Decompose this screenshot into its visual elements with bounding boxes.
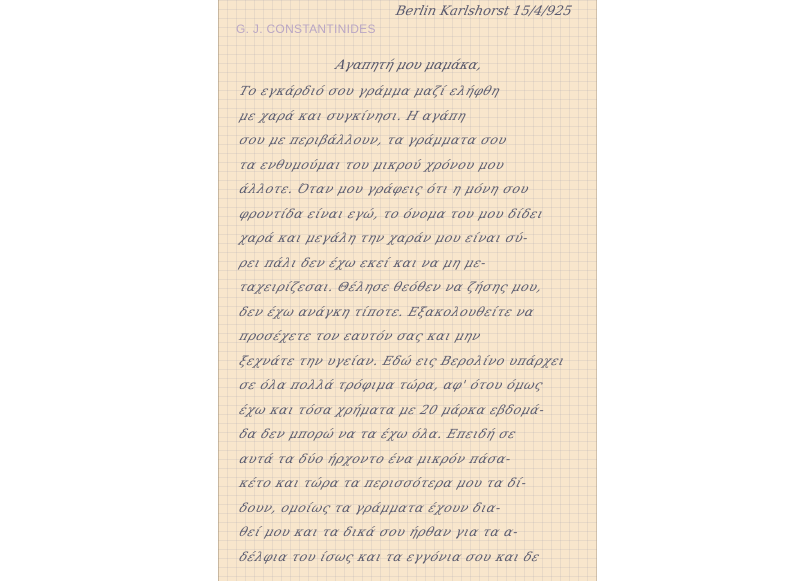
handwritten-line: δεν έχω ανάγκη τίποτε. Εξακολουθείτε να [238, 304, 588, 319]
letter-page: G. J. CONSTANTINIDES Berlin Karlshorst 1… [218, 0, 597, 581]
handwritten-line: σου με περιβάλλουν, τα γράμματα σου [238, 132, 588, 147]
handwritten-line: ξεχνάτε την υγείαν. Εδώ εις Βερολίνο υπά… [238, 353, 588, 368]
handwritten-line: δα δεν μπορώ να τα έχω όλα. Επειδή σε [238, 426, 588, 441]
handwritten-line: με χαρά και συγκίνησι. Η αγάπη [238, 108, 588, 123]
handwritten-line: έχω και τόσα χρήματα με 20 μάρκα εβδομά- [238, 402, 588, 417]
handwritten-line: ταχειρίζεσαι. Θέλησε θεόθεν να ζήσης μου… [238, 279, 588, 294]
handwritten-line: τα ενθυμούμαι του μικρού χρόνου μου [238, 157, 588, 172]
handwritten-line: φροντίδα είναι εγώ, το όνομα του μου δίδ… [238, 206, 588, 221]
handwritten-line: προσέχετε τον εαυτόν σας και μην [238, 328, 588, 343]
handwritten-line: αυτά τα δύο ήρχοντο ένα μικρόν πάσα- [238, 451, 588, 466]
handwritten-line: σε όλα πολλά τρόφιμα τώρα, αφ' ότου όμως [238, 377, 588, 392]
letter-body: Το εγκάρδιό σου γράμμα μαζί ελήφθημε χαρ… [218, 0, 597, 581]
handwritten-line: δέλφια του ίσως και τα εγγόνια σου και δ… [238, 549, 588, 564]
handwritten-line: δουν, ομοίως τα γράμματα έχουν δια- [238, 500, 588, 515]
handwritten-line: Το εγκάρδιό σου γράμμα μαζί ελήφθη [238, 83, 588, 98]
handwritten-line: χαρά και μεγάλη την χαράν μου είναι σύ- [238, 230, 588, 245]
handwritten-line: άλλοτε. Όταν μου γράφεις ότι η μόνη σου [238, 181, 588, 196]
handwritten-line: ρει πάλι δεν έχω εκεί και να μη με- [238, 255, 588, 270]
handwritten-line: θεί μου και τα δικά σου ήρθαν για τα α- [238, 524, 588, 539]
handwritten-line: κέτο και τώρα τα περισσότερα μου τα δί- [238, 475, 588, 490]
